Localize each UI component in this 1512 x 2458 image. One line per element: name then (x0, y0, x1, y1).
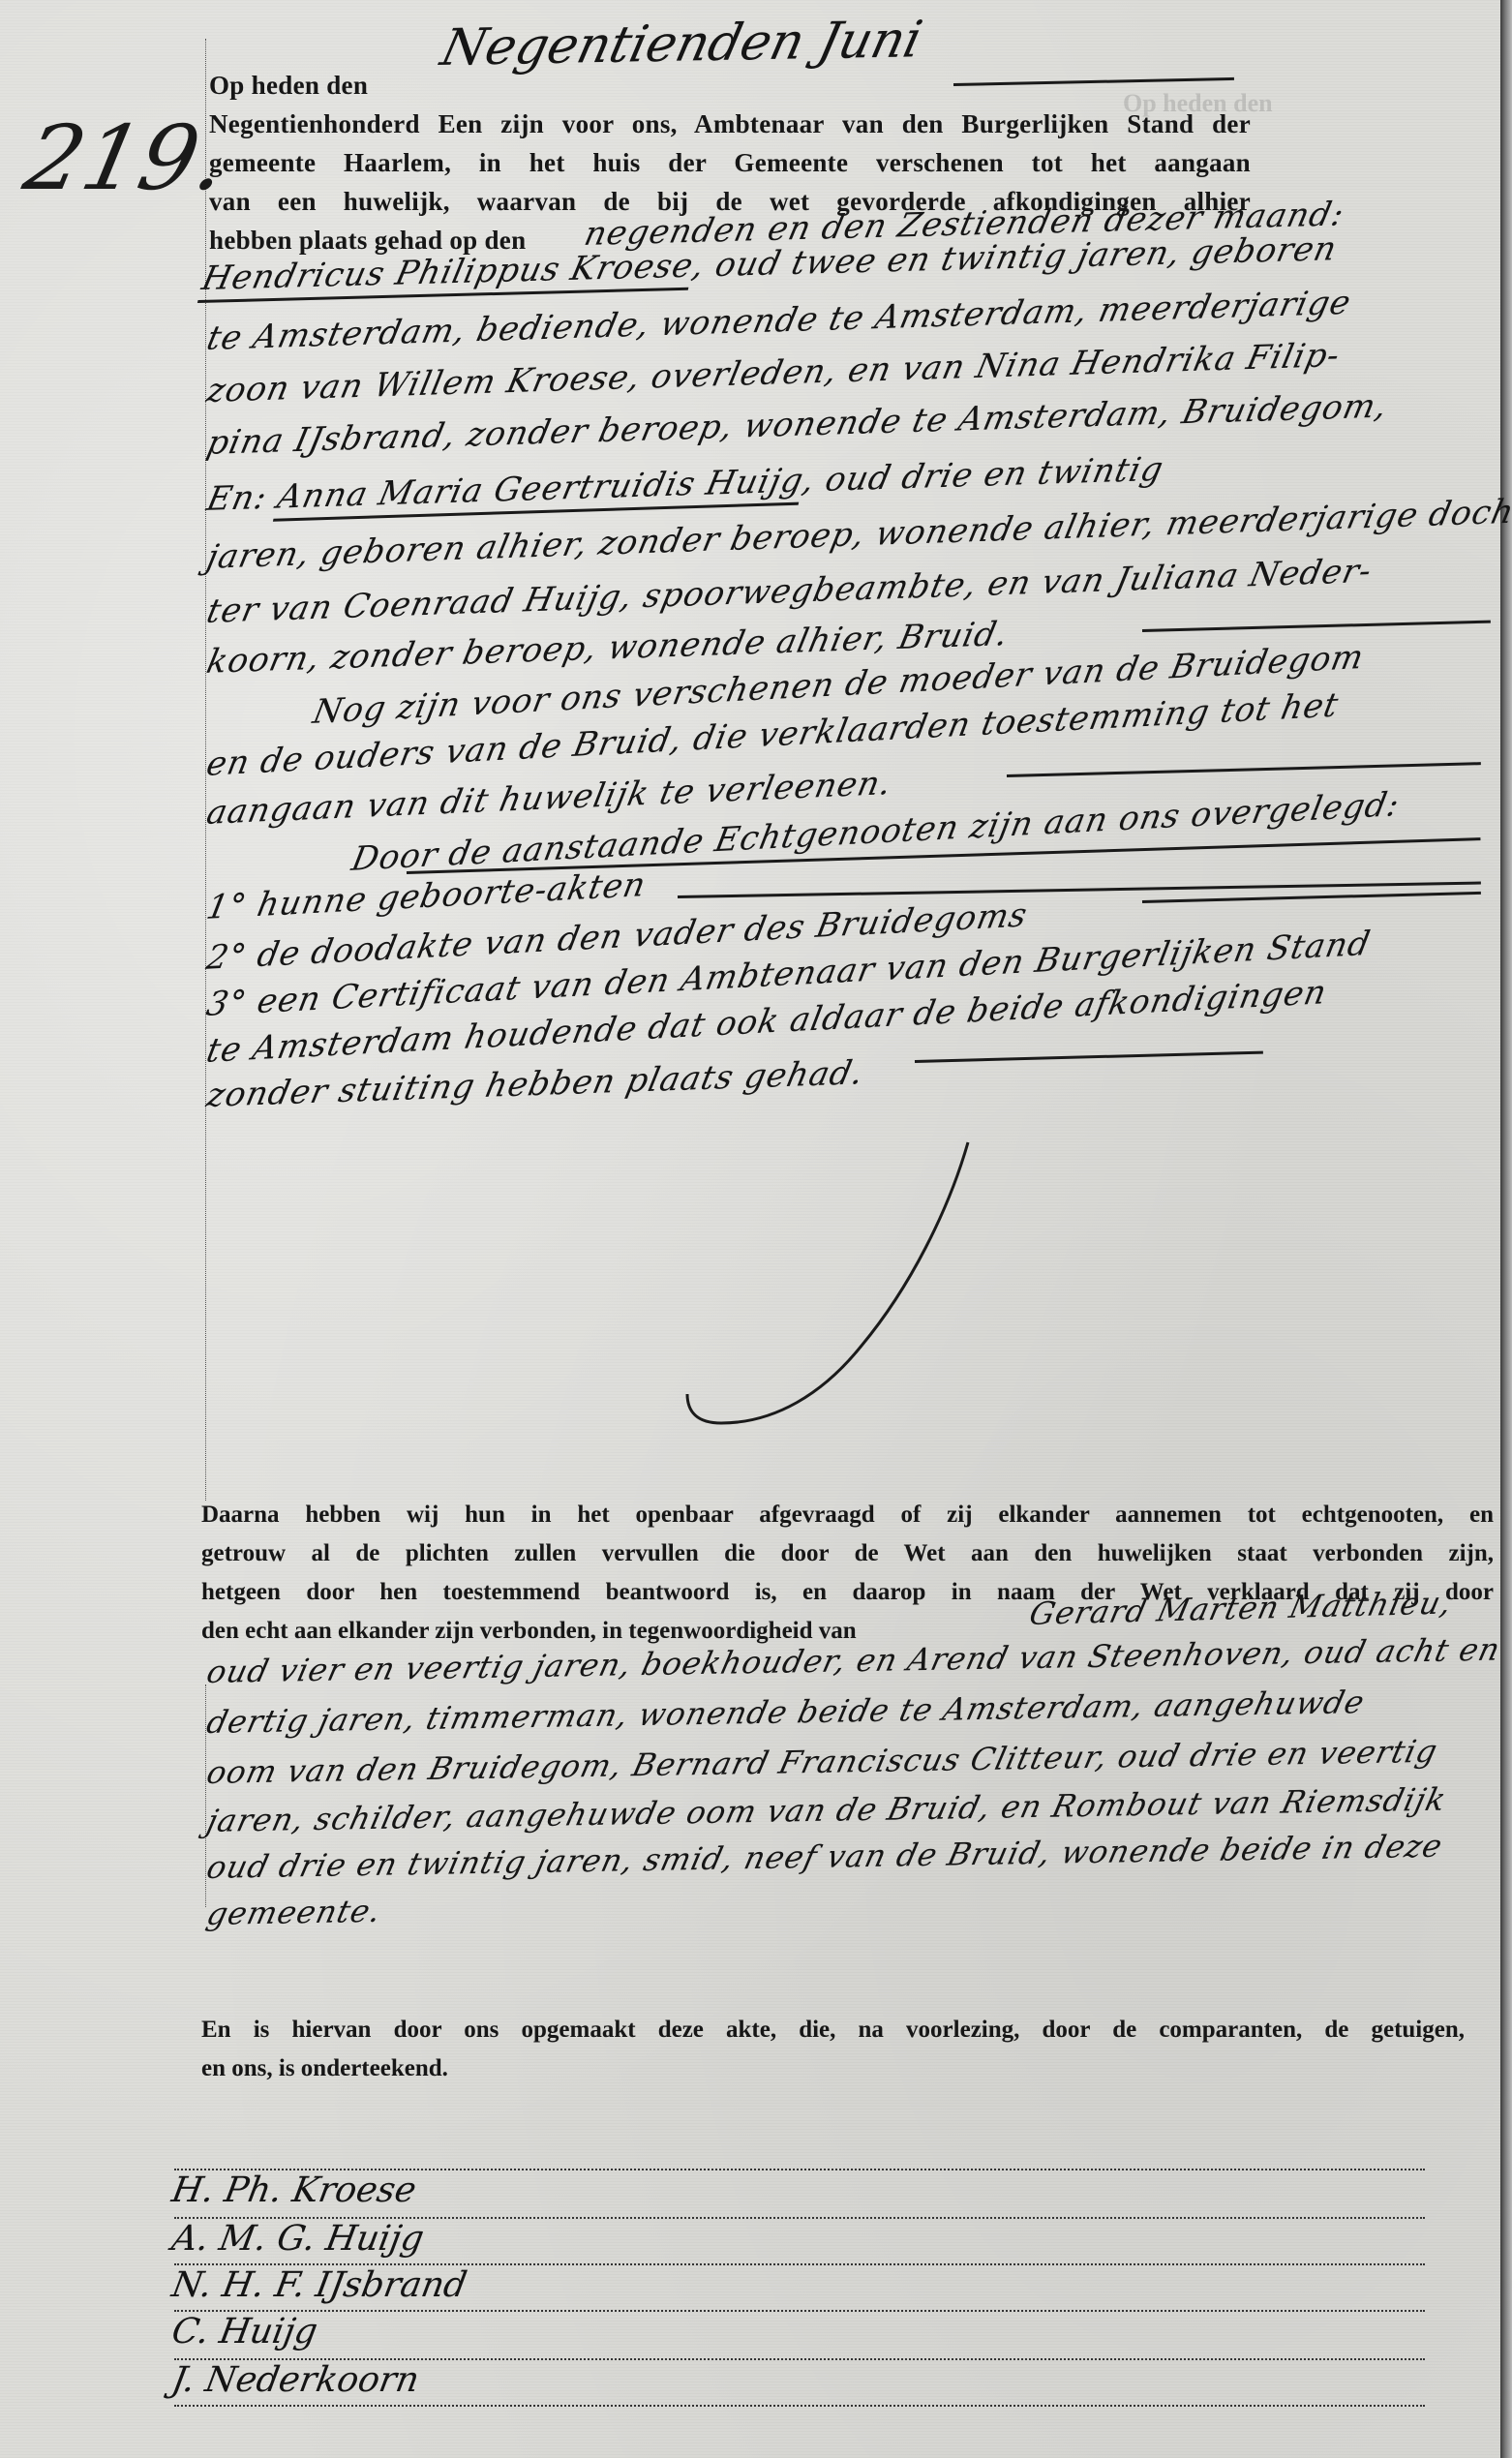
printed-line: gemeente Haarlem, in het huis der Gemeen… (209, 143, 1251, 182)
handwritten-line: oud drie en twintig jaren, smid, neef va… (203, 1828, 1446, 1886)
handwritten-line: En: Anna Maria Geertruidis Huijg, oud dr… (203, 450, 1167, 519)
printed-line: getrouw al de plichten zullen vervullen … (201, 1534, 1494, 1573)
signature-line (174, 2310, 1425, 2312)
printed-ceremony-block: Daarna hebben wij hun in het openbaar af… (201, 1496, 1494, 1651)
printed-line: en ons, is onderteekend. (201, 2049, 1465, 2088)
handwritten-text: En: (203, 477, 283, 519)
handwritten-line: dertig jaren, timmerman, wonende beide t… (203, 1684, 1369, 1741)
bride-name: Anna Maria Geertruidis Huijg (273, 461, 807, 521)
fill-line (1007, 762, 1481, 777)
signature-bride-father: C. Huijg (168, 2312, 320, 2352)
fill-line (1142, 621, 1491, 632)
record-number: 219. (17, 114, 234, 203)
handwritten-line: gemeente. (203, 1893, 385, 1932)
signature-line (174, 2405, 1425, 2407)
fill-line (1142, 892, 1481, 903)
page-edge-shadow (1500, 0, 1512, 2458)
signature-bride-mother: J. Nederkoorn (168, 2360, 422, 2400)
signature-groom: H. Ph. Kroese (168, 2170, 419, 2210)
signature-groom-mother: N. H. F. IJsbrand (168, 2265, 469, 2305)
printed-closing-block: En is hiervan door ons opgemaakt deze ak… (201, 2011, 1465, 2088)
closing-flourish-icon (542, 1123, 1007, 1442)
fill-line (915, 1051, 1263, 1063)
handwritten-line: oom van den Bruidegom, Bernard Franciscu… (203, 1733, 1441, 1791)
printed-line: Negentienhonderd Een zijn voor ons, Ambt… (209, 105, 1251, 143)
signature-bride: A. M. G. Huijg (168, 2219, 427, 2259)
handwritten-date: Negentienden Juni (436, 11, 927, 77)
printed-line: En is hiervan door ons opgemaakt deze ak… (201, 2011, 1465, 2049)
document-page: Op heden den 219. Op heden den Negentien… (0, 0, 1502, 2458)
printed-line: Daarna hebben wij hun in het openbaar af… (201, 1496, 1494, 1534)
handwritten-text: , oud drie en twintig (799, 450, 1167, 501)
